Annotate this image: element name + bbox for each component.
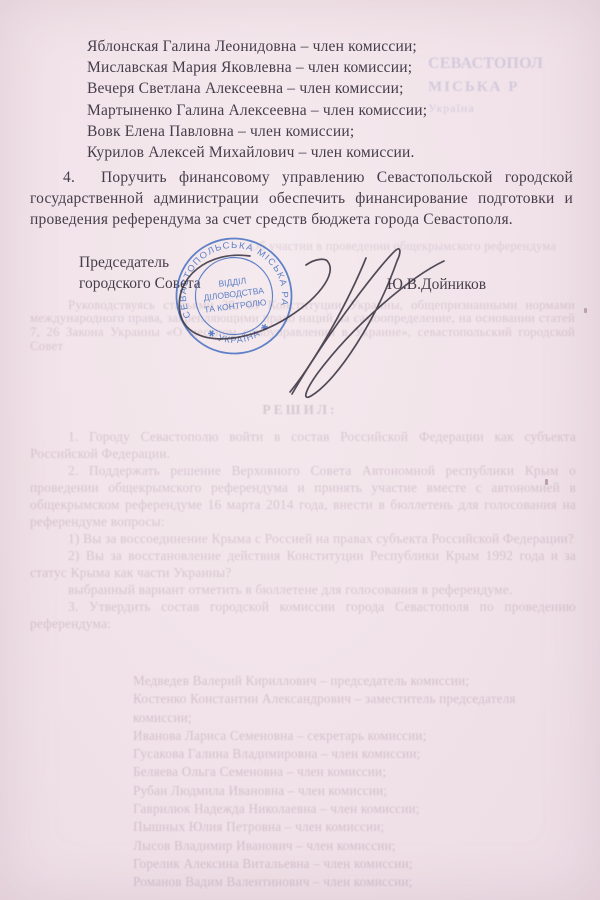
handwritten-signature — [130, 232, 470, 407]
bleedthrough-member-line: Пышных Юлия Петровна – член комиссии; — [133, 818, 525, 836]
paper-speck — [545, 479, 548, 485]
bleedthrough-item: 3. Утвердить состав городской комиссии г… — [30, 598, 576, 632]
commission-member-line: Миславская Мария Яковлевна – член комисс… — [87, 57, 427, 78]
paper-speck — [584, 308, 587, 313]
bleedthrough-item: 1. Городу Севастополю войти в состав Рос… — [30, 428, 576, 462]
bleedthrough-item: 1) Вы за воссоединение Крыма с Россией н… — [30, 530, 576, 547]
paragraph-text: Поручить финансовому управлению Севастоп… — [30, 169, 573, 228]
bleedthrough-letterhead: СЕВАСТОПОЛ МІСЬКА Р Україна — [428, 55, 600, 116]
commission-member-line: Яблонская Галина Леонидовна – член комис… — [87, 36, 427, 57]
bleed-letterhead-line: Україна — [428, 101, 600, 116]
bleedthrough-member-line: Костенко Константин Александрович – заме… — [133, 690, 525, 727]
commission-members-list: Яблонская Галина Леонидовна – член комис… — [87, 36, 427, 163]
bleedthrough-member-line: Медведев Валерий Кириллович – председате… — [133, 672, 525, 690]
bleedthrough-resolution-items: 1. Городу Севастополю войти в состав Рос… — [30, 428, 576, 632]
bleedthrough-item: 2. Поддержать решение Верховного Совета … — [30, 462, 576, 530]
bleed-letterhead-line: СЕВАСТОПОЛ — [428, 55, 600, 73]
bleedthrough-member-line: Рубан Людмила Ивановна – член комиссии; — [133, 782, 525, 800]
bleedthrough-member-line: Романов Вадим Валентинович – член комисс… — [133, 873, 525, 891]
bleedthrough-member-line: Беляева Ольга Семеновна – член комиссии; — [133, 763, 525, 781]
bleedthrough-member-line: Лысов Владимир Иванович – член комиссии; — [133, 837, 525, 855]
commission-member-line: Курилов Алексей Михайлович – член комисс… — [87, 142, 427, 163]
commission-member-line: Вечеря Светлана Алексеевна – член комисс… — [87, 78, 427, 99]
signature-stroke — [179, 255, 330, 339]
bleedthrough-item: 2) Вы за восстановление действия Констит… — [30, 547, 576, 581]
bleedthrough-member-line: Гусакова Галина Владимировна – член коми… — [133, 745, 525, 763]
bleed-letterhead-line: МІСЬКА Р — [428, 79, 600, 96]
commission-member-line: Вовк Елена Павловна – член комиссии; — [87, 121, 427, 142]
bleedthrough-member-line: Иванова Лариса Семеновна – секретарь ком… — [133, 727, 525, 745]
paragraph-number: 4. — [63, 169, 75, 186]
bleedthrough-member-line: Горелик Алексина Витальевна – член комис… — [133, 855, 525, 873]
signature-stroke — [292, 249, 444, 397]
bleedthrough-member-line: Гаврилюк Надежда Николаевна – член комис… — [133, 800, 525, 818]
scanned-document-page: СЕВАСТОПОЛ МІСЬКА Р Україна Об участии в… — [0, 0, 600, 900]
bleedthrough-members-list: Медведев Валерий Кириллович – председате… — [133, 672, 525, 892]
bleedthrough-item: выбранный вариант отметить в бюллетене д… — [30, 581, 576, 598]
commission-member-line: Мартыненко Галина Алексеевна – член коми… — [87, 100, 427, 121]
